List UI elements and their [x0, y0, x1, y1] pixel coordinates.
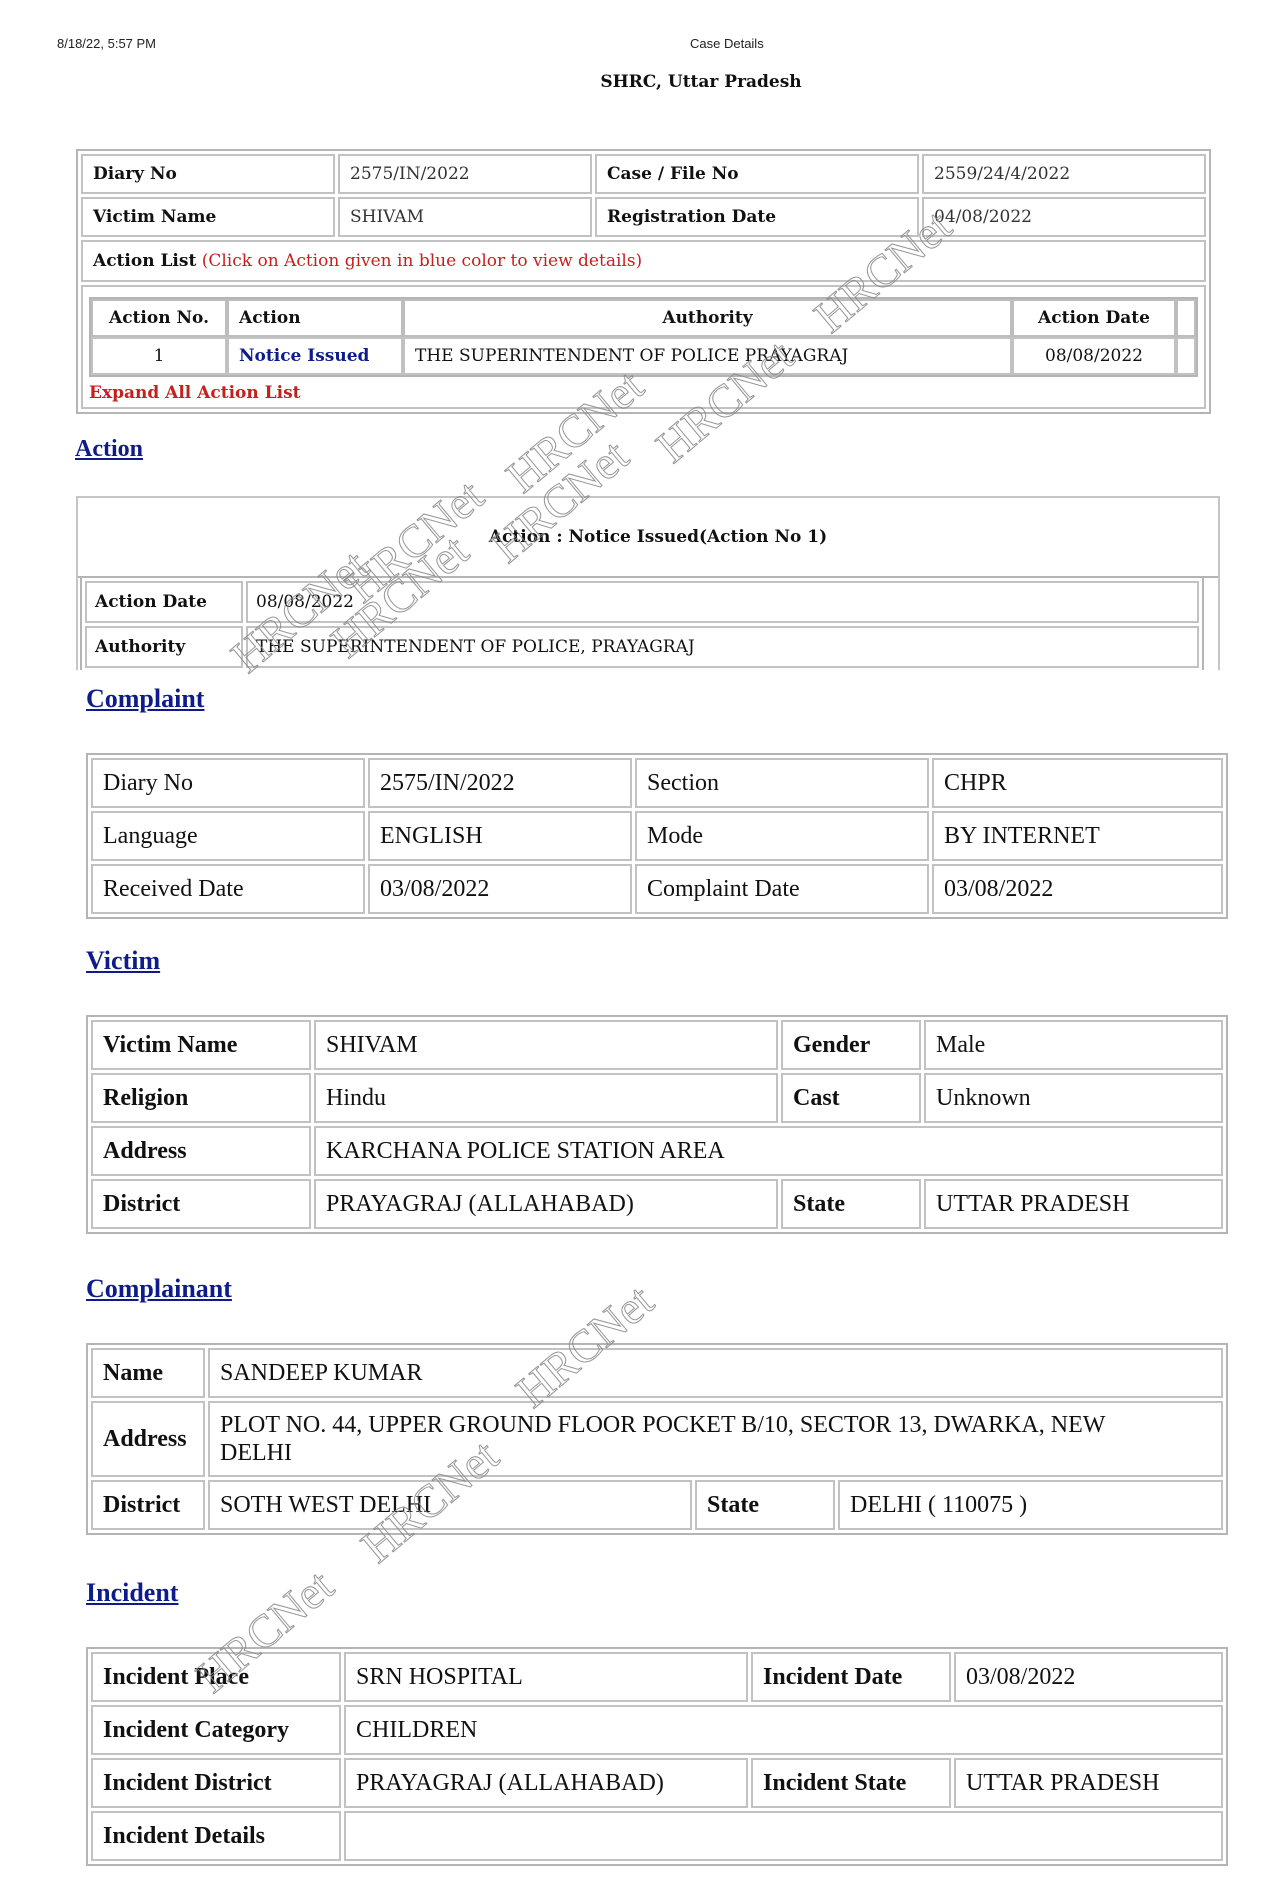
address-label: Address: [91, 1126, 311, 1176]
col-action-no: Action No.: [91, 299, 227, 337]
victim-table: Victim Name SHIVAM Gender Male Religion …: [86, 1015, 1228, 1234]
religion-value: Hindu: [314, 1073, 778, 1123]
complainant-name-label: Name: [91, 1348, 205, 1398]
complaint-value: BY INTERNET: [932, 811, 1223, 861]
incident-date-value: 03/08/2022: [954, 1652, 1223, 1702]
district-value: PRAYAGRAJ (ALLAHABAD): [314, 1179, 778, 1229]
complainant-name-value: SANDEEP KUMAR: [208, 1348, 1223, 1398]
complainant-address-value: PLOT NO. 44, UPPER GROUND FLOOR POCKET B…: [208, 1401, 1223, 1477]
action-no-cell: 1: [91, 337, 227, 375]
action-list-header: Action List (Click on Action given in bl…: [81, 240, 1206, 282]
table-row: Diary No 2575/IN/2022 Section CHPR: [91, 758, 1223, 808]
action-list-hint: (Click on Action given in blue color to …: [202, 251, 642, 271]
col-authority: Authority: [403, 299, 1012, 337]
victim-name-value: SHIVAM: [314, 1020, 778, 1070]
complainant-block: Name SANDEEP KUMAR Address PLOT NO. 44, …: [86, 1343, 1228, 1535]
religion-label: Religion: [91, 1073, 311, 1123]
authority-cell: THE SUPERINTENDENT OF POLICE PRAYAGRAJ: [403, 337, 1012, 375]
action-list-table: Action No. Action Authority Action Date …: [89, 297, 1198, 377]
victim-name-label: Victim Name: [91, 1020, 311, 1070]
diary-no-value: 2575/IN/2022: [338, 154, 592, 194]
action-detail-table: Action Date 08/08/2022 Authority THE SUP…: [80, 578, 1204, 670]
incident-place-value: SRN HOSPITAL: [344, 1652, 748, 1702]
complaint-label: Section: [635, 758, 929, 808]
cast-value: Unknown: [924, 1073, 1223, 1123]
incident-details-value: [344, 1811, 1223, 1861]
complainant-district-label: District: [91, 1480, 205, 1530]
complaint-label: Received Date: [91, 864, 365, 914]
incident-table: Incident Place SRN HOSPITAL Incident Dat…: [86, 1647, 1228, 1866]
action-list-label: Action List: [93, 251, 196, 271]
complaint-label: Complaint Date: [635, 864, 929, 914]
table-row: Language ENGLISH Mode BY INTERNET: [91, 811, 1223, 861]
action-list-container: Action No. Action Authority Action Date …: [81, 285, 1206, 409]
col-action-date: Action Date: [1012, 299, 1176, 337]
incident-state-value: UTTAR PRADESH: [954, 1758, 1223, 1808]
expand-all-action-list-link[interactable]: Expand All Action List: [89, 383, 301, 403]
complaint-label: Diary No: [91, 758, 365, 808]
state-label: State: [781, 1179, 921, 1229]
registration-date-value: 04/08/2022: [922, 197, 1206, 237]
org-title: SHRC, Uttar Pradesh: [0, 72, 1272, 92]
complaint-value: 03/08/2022: [368, 864, 632, 914]
incident-district-value: PRAYAGRAJ (ALLAHABAD): [344, 1758, 748, 1808]
complaint-table: Diary No 2575/IN/2022 Section CHPR Langu…: [86, 753, 1228, 919]
address-value: KARCHANA POLICE STATION AREA: [314, 1126, 1223, 1176]
print-header: 8/18/22, 5:57 PM Case Details: [0, 36, 1272, 56]
incident-section-link[interactable]: Incident: [86, 1578, 178, 1608]
complaint-block: Diary No 2575/IN/2022 Section CHPR Langu…: [86, 753, 1228, 919]
print-timestamp: 8/18/22, 5:57 PM: [57, 36, 156, 51]
spacer-cell: [1176, 337, 1196, 375]
action-date-label: Action Date: [85, 581, 243, 623]
victim-block: Victim Name SHIVAM Gender Male Religion …: [86, 1015, 1228, 1234]
complaint-section-link[interactable]: Complaint: [86, 684, 204, 714]
complaint-value: 2575/IN/2022: [368, 758, 632, 808]
complaint-label: Mode: [635, 811, 929, 861]
gender-label: Gender: [781, 1020, 921, 1070]
col-action: Action: [227, 299, 403, 337]
action-card-title: Action : Notice Issued(Action No 1): [78, 498, 1218, 578]
complainant-district-value: SOTH WEST DELHI: [208, 1480, 692, 1530]
case-summary: Diary No 2575/IN/2022 Case / File No 255…: [76, 149, 1211, 414]
complainant-address-label: Address: [91, 1401, 205, 1477]
complainant-state-label: State: [695, 1480, 835, 1530]
print-page-title: Case Details: [690, 36, 764, 51]
complaint-label: Language: [91, 811, 365, 861]
incident-district-label: Incident District: [91, 1758, 341, 1808]
district-label: District: [91, 1179, 311, 1229]
victim-name-value: SHIVAM: [338, 197, 592, 237]
complaint-value: CHPR: [932, 758, 1223, 808]
incident-state-label: Incident State: [751, 1758, 951, 1808]
cast-label: Cast: [781, 1073, 921, 1123]
case-file-no-label: Case / File No: [595, 154, 919, 194]
incident-block: Incident Place SRN HOSPITAL Incident Dat…: [86, 1647, 1228, 1866]
action-detail-card: Action : Notice Issued(Action No 1) Acti…: [76, 496, 1220, 670]
complaint-value: ENGLISH: [368, 811, 632, 861]
action-date-cell: 08/08/2022: [1012, 337, 1176, 375]
complainant-state-value: DELHI ( 110075 ): [838, 1480, 1223, 1530]
victim-section-link[interactable]: Victim: [86, 946, 160, 976]
col-spacer: [1176, 299, 1196, 337]
authority-label: Authority: [85, 626, 243, 668]
incident-category-label: Incident Category: [91, 1705, 341, 1755]
incident-details-label: Incident Details: [91, 1811, 341, 1861]
state-value: UTTAR PRADESH: [924, 1179, 1223, 1229]
action-section-link[interactable]: Action: [75, 436, 143, 463]
victim-name-label: Victim Name: [81, 197, 335, 237]
complainant-table: Name SANDEEP KUMAR Address PLOT NO. 44, …: [86, 1343, 1228, 1535]
action-date-value: 08/08/2022: [246, 581, 1199, 623]
case-summary-table: Diary No 2575/IN/2022 Case / File No 255…: [76, 149, 1211, 414]
incident-place-label: Incident Place: [91, 1652, 341, 1702]
diary-no-label: Diary No: [81, 154, 335, 194]
incident-date-label: Incident Date: [751, 1652, 951, 1702]
table-row: 1 Notice Issued THE SUPERINTENDENT OF PO…: [91, 337, 1196, 375]
case-file-no-value: 2559/24/4/2022: [922, 154, 1206, 194]
incident-category-value: CHILDREN: [344, 1705, 1223, 1755]
gender-value: Male: [924, 1020, 1223, 1070]
authority-value: THE SUPERINTENDENT OF POLICE, PRAYAGRAJ: [246, 626, 1199, 668]
table-row: Received Date 03/08/2022 Complaint Date …: [91, 864, 1223, 914]
complaint-value: 03/08/2022: [932, 864, 1223, 914]
action-cell[interactable]: Notice Issued: [227, 337, 403, 375]
action-notice-issued-link[interactable]: Notice Issued: [239, 346, 369, 366]
registration-date-label: Registration Date: [595, 197, 919, 237]
complainant-section-link[interactable]: Complainant: [86, 1274, 232, 1304]
